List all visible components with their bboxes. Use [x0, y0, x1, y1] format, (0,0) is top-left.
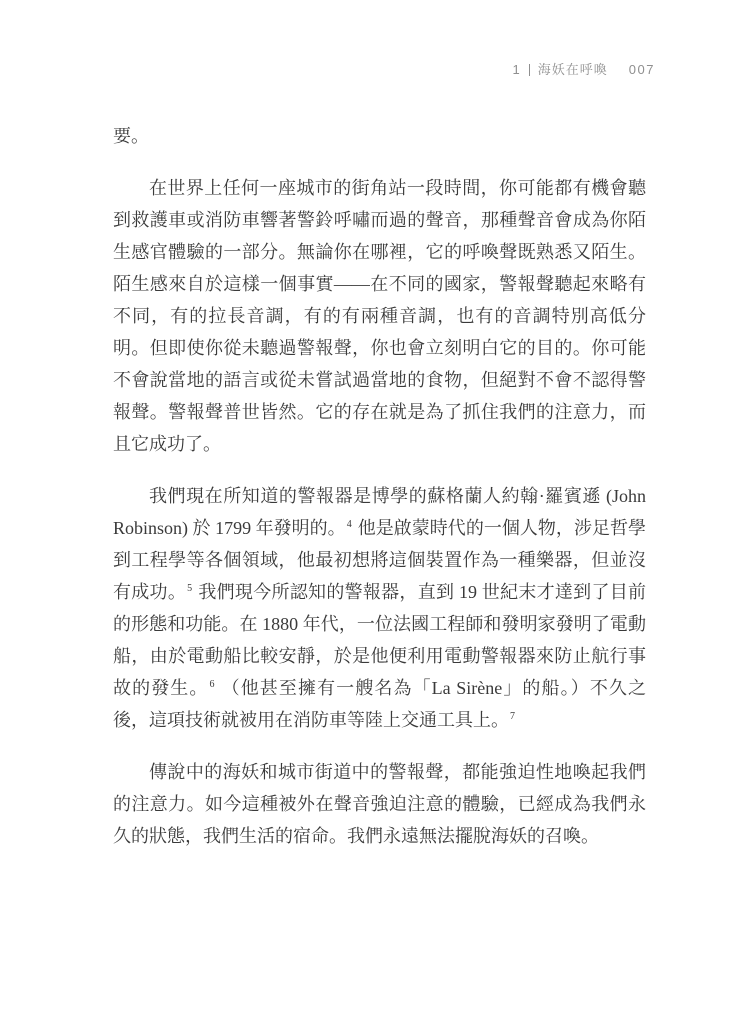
chapter-number: 1 [513, 61, 521, 78]
chapter-title: 海妖在呼喚 [538, 61, 608, 78]
paragraph: 要。 [113, 120, 646, 152]
paragraph: 在世界上任何一座城市的街角站一段時間，你可能都有機會聽到救護車或消防車響著警鈴呼… [113, 172, 646, 460]
header-separator [529, 64, 530, 76]
book-page: 1 海妖在呼喚 007 要。在世界上任何一座城市的街角站一段時間，你可能都有機會… [0, 0, 750, 1017]
body-text: 要。在世界上任何一座城市的街角站一段時間，你可能都有機會聽到救護車或消防車響著警… [113, 120, 646, 872]
paragraph: 我們現在所知道的警報器是博學的蘇格蘭人約翰·羅賓遜 (John Robinson… [113, 480, 646, 736]
running-header: 1 海妖在呼喚 007 [513, 61, 655, 78]
footnote-marker: 5 [187, 583, 192, 594]
paragraph: 傳說中的海妖和城市街道中的警報聲，都能強迫性地喚起我們的注意力。如今這種被外在聲… [113, 756, 646, 852]
footnote-marker: 6 [210, 679, 215, 690]
footnote-marker: 4 [347, 519, 352, 530]
footnote-marker: 7 [510, 711, 515, 722]
page-number: 007 [629, 61, 655, 78]
